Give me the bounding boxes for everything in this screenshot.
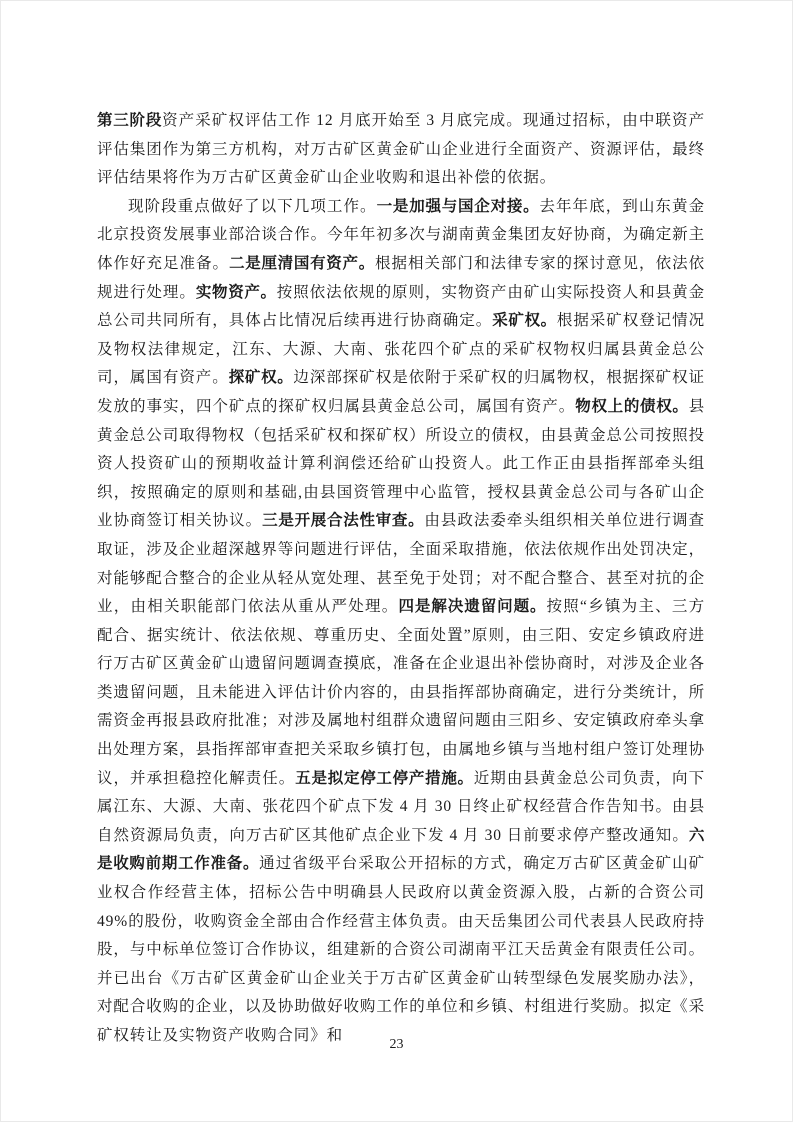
paragraph-current-work: 现阶段重点做好了以下几项工作。一是加强与国企对接。去年年底，到山东黄金北京投资发… [97, 193, 705, 1051]
paragraph-phase-three: 第三阶段资产采矿权评估工作 12 月底开始至 3 月底完成。现通过招标，由中联资… [97, 107, 705, 193]
text-run-bold: 一是加强与国企对接。 [377, 198, 540, 215]
text-run-bold: 三是开展合法性审查。 [262, 512, 424, 529]
text-run: 资产采矿权评估工作 12 月底开始至 3 月底完成。现通过招标，由中联资产评估集… [97, 112, 705, 186]
document-page: 第三阶段资产采矿权评估工作 12 月底开始至 3 月底完成。现通过招标，由中联资… [0, 0, 793, 1122]
page-number: 23 [1, 1037, 792, 1053]
text-run: 通过省级平台采取公开招标的方式，确定万古矿区黄金矿山矿业权合作经营主体，招标公告… [97, 855, 705, 1044]
text-run-bold: 实物资产。 [196, 284, 277, 301]
text-run-bold: 采矿权。 [492, 312, 557, 329]
text-run: 县黄金总公司取得物权（包括采矿权和探矿权）所设立的债权，由县黄金总公司按照投资人… [97, 398, 705, 529]
text-run-bold: 二是厘清国有资产。 [229, 255, 375, 272]
document-content: 第三阶段资产采矿权评估工作 12 月底开始至 3 月底完成。现通过招标，由中联资… [97, 107, 705, 1051]
text-run-bold: 物权上的债权。 [575, 398, 688, 415]
text-run: 按照“乡镇为主、三方配合、据实统计、依法依规、尊重历史、全面处置”原则，由三阳、… [97, 598, 705, 787]
text-run-bold: 五是拟定停工停产措施。 [295, 770, 473, 787]
text-run: 现阶段重点做好了以下几项工作。 [128, 198, 377, 215]
text-run-bold: 第三阶段 [97, 112, 162, 129]
text-run-bold: 四是解决遗留问题。 [398, 598, 546, 615]
text-run-bold: 探矿权。 [229, 369, 294, 386]
